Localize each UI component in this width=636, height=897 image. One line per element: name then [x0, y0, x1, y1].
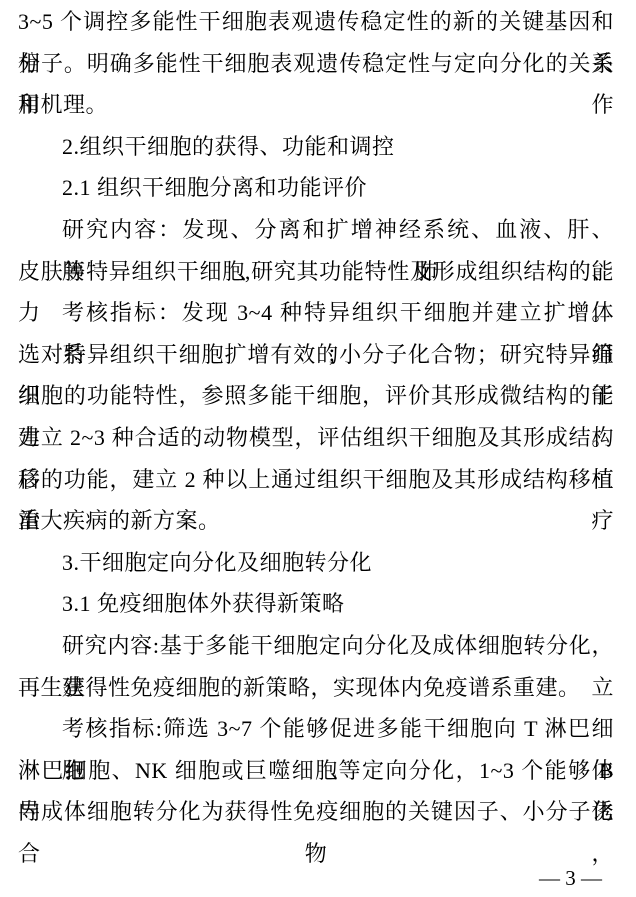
text-line: 再生获得性免疫细胞的新策略，实现体内免疫谱系重建。 — [18, 667, 614, 709]
text-line: 细胞的功能特性，参照多能干细胞，评价其形成微结构的能力。 — [18, 375, 614, 417]
text-line: 研究内容：发现、分离和扩增神经系统、血液、肝、胰、肺、 — [18, 209, 614, 251]
page-footer: — 3 — — [0, 864, 602, 892]
page-number: — 3 — — [539, 866, 602, 890]
text-line: 建立 2~3 种合适的动物模型，评估组织干细胞及其形成结构移植 — [18, 417, 614, 459]
text-line: 考核指标：发现 3~4 种特异组织干细胞并建立扩增体系；筛 — [18, 292, 614, 334]
text-line: 淋巴细胞、NK 细胞或巨噬细胞等定向分化，1~3 个能够体内诱 — [18, 750, 614, 792]
text-line: 2.1 组织干细胞分离和功能评价 — [18, 167, 614, 209]
text-line: 3.干细胞定向分化及细胞转分化 — [18, 542, 614, 584]
text-line: 2.组织干细胞的获得、功能和调控 — [18, 126, 614, 168]
text-line: 3.1 免疫细胞体外获得新策略 — [18, 583, 614, 625]
text-line: 皮肤等特异组织干细胞,研究其功能特性及形成组织结构的能力。 — [18, 251, 614, 293]
text-line: 后的功能，建立 2 种以上通过组织干细胞及其形成结构移植治疗 — [18, 459, 614, 501]
text-line: 研究内容:基于多能干细胞定向分化及成体细胞转分化，建立 — [18, 625, 614, 667]
text-line: 分子。明确多能性干细胞表观遗传稳定性与定向分化的关系和作 — [18, 43, 614, 85]
document-page: 3~5 个调控多能性干细胞表观遗传稳定性的新的关键基因和相关分子。明确多能性干细… — [0, 0, 636, 897]
text-line: 考核指标:筛选 3~7 个能够促进多能干细胞向 T 淋巴细胞、B — [18, 708, 614, 750]
text-line: 导成体细胞转分化为获得性免疫细胞的关键因子、小分子化合物， — [18, 791, 614, 833]
document-body: 3~5 个调控多能性干细胞表观遗传稳定性的新的关键基因和相关分子。明确多能性干细… — [0, 0, 636, 833]
text-line: 3~5 个调控多能性干细胞表观遗传稳定性的新的关键基因和相关 — [18, 1, 614, 43]
text-line: 选对特异组织干细胞扩增有效的小分子化合物；研究特异组织干 — [18, 334, 614, 376]
